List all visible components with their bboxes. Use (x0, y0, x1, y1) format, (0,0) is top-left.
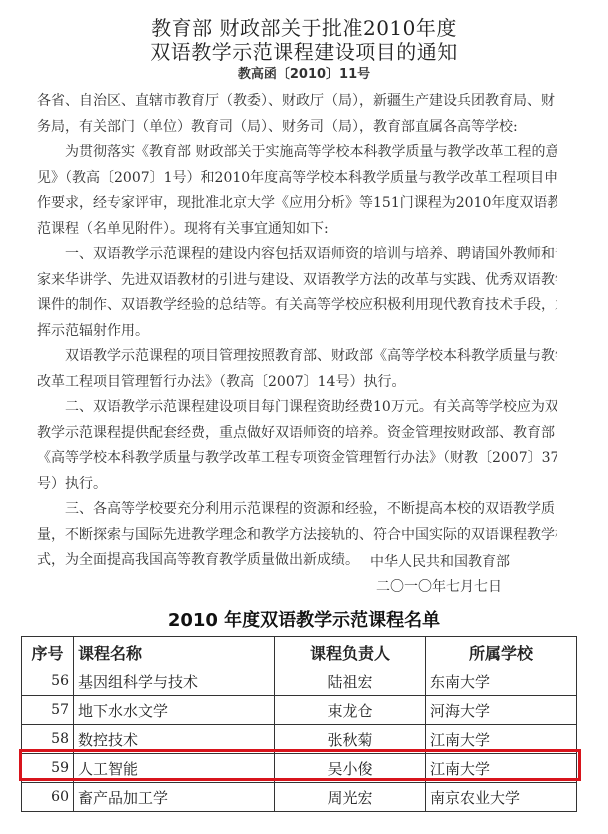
table-row: 57 地下水水文学 束龙仓 河海大学 (22, 696, 577, 725)
body-line: 教学示范课程提供配套经费，重点做好双语师资的培养。资金管理按财政部、教育部 (37, 421, 557, 447)
table-row-highlighted: 59 人工智能 吴小俊 江南大学 (22, 754, 577, 783)
body-line: 三、各高等学校要充分利用示范课程的资源和经验，不断提高本校的双语教学质 (37, 497, 557, 523)
course-list-title: 2010 年度双语教学示范课程名单 (0, 606, 608, 632)
cell-school: 江南大学 (426, 754, 577, 783)
header-lead: 课程负责人 (275, 637, 426, 668)
notice-body: 各省、自治区、直辖市教育厅（教委）、财政厅（局），新疆生产建设兵团教育局、财 务… (37, 89, 557, 574)
cell-school: 东南大学 (426, 667, 577, 696)
cell-lead: 束龙仓 (275, 696, 426, 725)
body-line: 家来华讲学、先进双语教材的引进与建设、双语教学方法的改革与实践、优秀双语教学 (37, 268, 557, 294)
body-line: 量，不断探索与国际先进教学理念和教学方法接轨的、符合中国实际的双语课程教学模 (37, 523, 557, 549)
document-number: 教高函〔2010〕11号 (0, 63, 608, 82)
body-line: 见》（教高〔2007〕1号）和2010年度高等学校本科教学质量与教学改革工程项目… (37, 166, 557, 192)
course-table: 序号 课程名称 课程负责人 所属学校 56 基因组科学与技术 陆祖宏 东南大学 … (21, 636, 577, 812)
body-line: 为贯彻落实《教育部 财政部关于实施高等学校本科教学质量与教学改革工程的意 (37, 140, 557, 166)
cell-course: 数控技术 (74, 725, 275, 754)
body-line: 号）执行。 (37, 472, 557, 498)
cell-no: 59 (22, 754, 74, 783)
date: 二〇一〇年七月七日 (376, 576, 502, 596)
cell-course: 人工智能 (74, 754, 275, 783)
notice-title-line-2: 双语教学示范课程建设项目的通知 (0, 36, 608, 65)
table-row: 60 畜产品加工学 周光宏 南京农业大学 (22, 783, 577, 812)
cell-school: 南京农业大学 (426, 783, 577, 812)
cell-school: 江南大学 (426, 725, 577, 754)
cell-no: 57 (22, 696, 74, 725)
cell-lead: 周光宏 (275, 783, 426, 812)
table-row: 58 数控技术 张秋菊 江南大学 (22, 725, 577, 754)
cell-no: 60 (22, 783, 74, 812)
body-line: 范课程（名单见附件）。现将有关事宜通知如下: (37, 217, 557, 243)
cell-course: 畜产品加工学 (74, 783, 275, 812)
body-line: 《高等学校本科教学质量与教学改革工程专项资金管理暂行办法》（财教〔2007〕37… (37, 446, 557, 472)
table-header-row: 序号 课程名称 课程负责人 所属学校 (22, 637, 577, 668)
header-no: 序号 (22, 637, 74, 668)
body-line: 各省、自治区、直辖市教育厅（教委）、财政厅（局），新疆生产建设兵团教育局、财 (37, 89, 557, 115)
cell-course: 基因组科学与技术 (74, 667, 275, 696)
body-line: 二、双语教学示范课程建设项目每门课程资助经费10万元。有关高等学校应为双语 (37, 395, 557, 421)
cell-school: 河海大学 (426, 696, 577, 725)
body-line: 作要求，经专家评审，现批准北京大学《应用分析》等151门课程为2010年度双语教… (37, 191, 557, 217)
cell-no: 56 (22, 667, 74, 696)
cell-lead: 张秋菊 (275, 725, 426, 754)
body-line: 务局，有关部门（单位）教育司（局）、财务司（局），教育部直属各高等学校: (37, 115, 557, 141)
body-line: 挥示范辐射作用。 (37, 319, 557, 345)
body-line: 课件的制作、双语教学经验的总结等。有关高等学校应积极利用现代教育技术手段，发 (37, 293, 557, 319)
body-line: 改革工程项目管理暂行办法》（教高〔2007〕14号）执行。 (37, 370, 557, 396)
signature: 中华人民共和国教育部 (370, 551, 510, 571)
table-row: 56 基因组科学与技术 陆祖宏 东南大学 (22, 667, 577, 696)
cell-lead: 吴小俊 (275, 754, 426, 783)
cell-no: 58 (22, 725, 74, 754)
body-line: 一、双语教学示范课程的建设内容包括双语师资的培训与培养、聘请国外教师和专 (37, 242, 557, 268)
header-school: 所属学校 (426, 637, 577, 668)
cell-course: 地下水水文学 (74, 696, 275, 725)
header-course: 课程名称 (74, 637, 275, 668)
body-line: 双语教学示范课程的项目管理按照教育部、财政部《高等学校本科教学质量与教学 (37, 344, 557, 370)
cell-lead: 陆祖宏 (275, 667, 426, 696)
